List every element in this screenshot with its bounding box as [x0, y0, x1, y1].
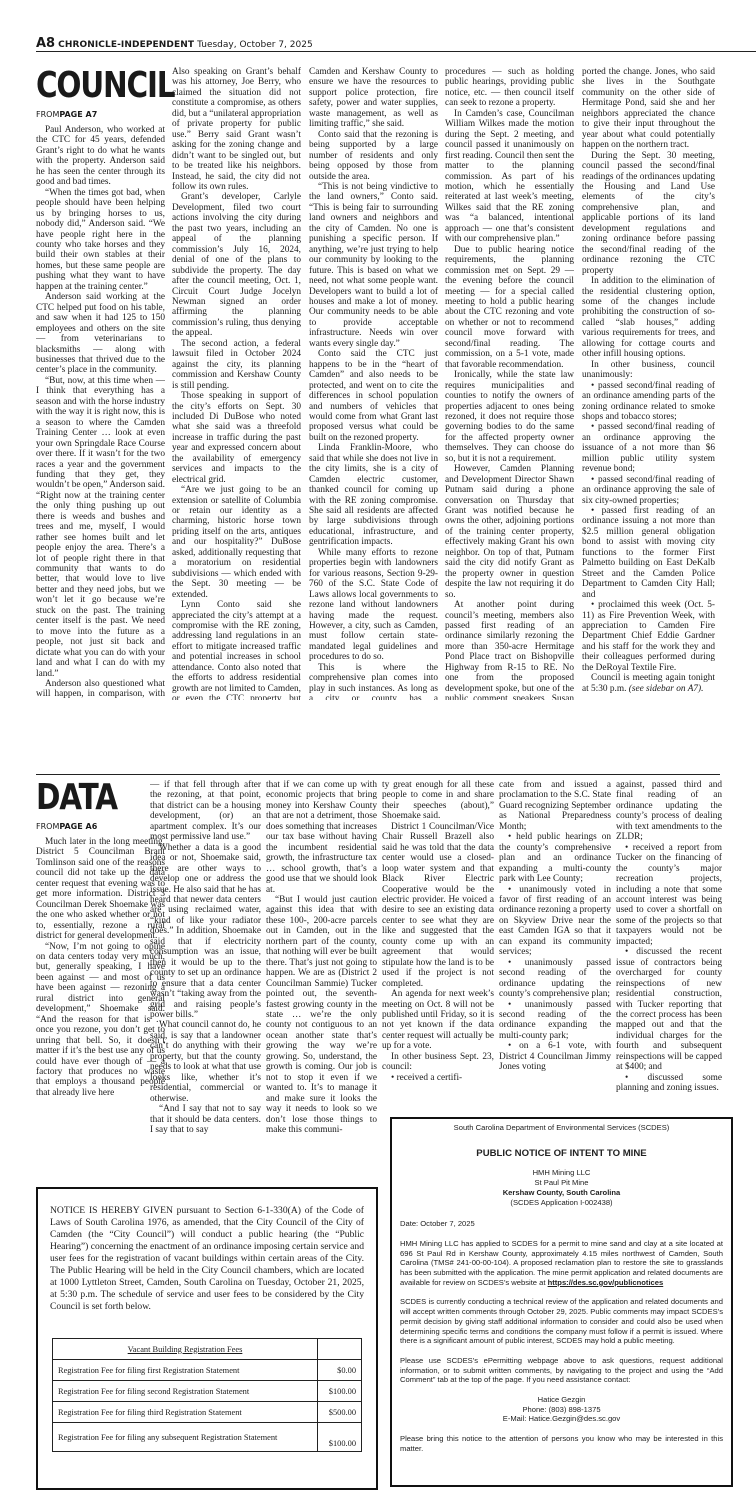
fee-table-row: Registration Fee for filing second Regis… [53, 1381, 362, 1402]
data-column-4: ty great enough for all these people to … [382, 780, 494, 1115]
article-paragraph: Those speaking in support of the city’s … [172, 391, 301, 485]
article-paragraph: Ironically, while the state law requires… [445, 370, 574, 464]
scdes-date: Date: October 7, 2025 [400, 1219, 723, 1229]
article-paragraph: Grant’s developer, Carlyle Development, … [172, 192, 301, 338]
issue-date: Tuesday, October 7, 2025 [197, 40, 313, 50]
article-paragraph: District 1 Councilman/Vice Chair Russell… [382, 822, 494, 989]
article-paragraph: • unanimously passed second reading of t… [499, 1000, 611, 1042]
council-jump-page: PAGE A7 [59, 110, 97, 119]
fee-table-header-row: Vacant Building Registration Fees [53, 1339, 362, 1360]
article-paragraph: Also speaking on Grant’s behalf was his … [172, 67, 301, 192]
council-column-5: ported the change. Jones, who said she l… [582, 67, 715, 700]
fee-table-row: Registration Fee for filing any subseque… [53, 1423, 362, 1452]
scdes-agency: South Carolina Department of Environment… [400, 1123, 723, 1133]
article-paragraph: • discussed some planning and zoning iss… [616, 1073, 722, 1094]
article-paragraph: “This is not being vindictive to the lan… [309, 182, 438, 349]
article-paragraph: Linda Franklin-Moore, who said that whil… [309, 443, 438, 548]
fee-table-row: Registration Fee for filing third Regist… [53, 1402, 362, 1423]
article-paragraph: In Camden’s case, Councilman William Wil… [445, 109, 574, 245]
council-column-3: Camden and Kershaw County to ensure we h… [309, 67, 438, 700]
scdes-contact-phone: Phone: (803) 898-1375 [400, 1405, 723, 1415]
article-paragraph: • unanimously passed second reading of t… [499, 958, 611, 1000]
scdes-company: HMH Mining LLC [400, 1168, 723, 1178]
scdes-paragraph-1: HMH Mining LLC has applied to SCDES for … [400, 1239, 723, 1288]
article-paragraph: Whether a data is a good idea or not, Sh… [150, 843, 261, 1021]
article-paragraph: This is where the comprehensive plan com… [309, 663, 438, 700]
council-column-1: Paul Anderson, who worked at the CTC for… [36, 125, 165, 700]
article-paragraph: During the Sept. 30 meeting, council pas… [582, 151, 715, 276]
article-paragraph: What council cannot do, he said, is say … [150, 1020, 261, 1104]
article-paragraph: • passed first reading of an ordinance i… [582, 506, 715, 600]
fee-table-header: Vacant Building Registration Fees [53, 1339, 318, 1360]
article-paragraph: procedures — such as holding public hear… [445, 67, 574, 109]
scdes-application: (SCDES Application I-002438) [400, 1198, 723, 1208]
article-paragraph: Anderson also questioned what will happe… [36, 679, 165, 700]
article-paragraph: In addition to the elimination of the re… [582, 276, 715, 360]
article-paragraph: “When the times got bad, when people sho… [36, 188, 165, 293]
article-paragraph: However, Camden Planning and Development… [445, 464, 574, 600]
article-paragraph: “And I say that not to say that it shoul… [150, 1104, 261, 1135]
scdes-public-notice: South Carolina Department of Environment… [390, 1117, 733, 1487]
section-divider [36, 774, 720, 775]
data-jump-page: PAGE A6 [59, 822, 97, 831]
vacant-building-fee-table: Vacant Building Registration Fees Regist… [52, 1338, 362, 1452]
scdes-public-notices-link[interactable]: https://des.sc.gov/publicnotices [548, 1278, 664, 1287]
article-paragraph: At another point during council’s meetin… [445, 600, 574, 700]
scdes-paragraph-3: Please use SCDES’s ePermitting webpage a… [400, 1356, 723, 1385]
sidebar-reference: (see sidebar on A7). [626, 684, 703, 694]
article-paragraph: that if we can come up with economic pro… [266, 780, 377, 895]
article-paragraph: ported the change. Jones, who said she l… [582, 67, 715, 151]
page-number: A8 [36, 36, 55, 51]
article-paragraph: Camden and Kershaw County to ensure we h… [309, 67, 438, 130]
article-paragraph: “But, now, at this time when — I think t… [36, 376, 165, 679]
article-paragraph: Due to public hearing notice requirement… [445, 245, 574, 370]
article-paragraph: Lynn Conto said she appreciated the city… [172, 600, 301, 700]
article-paragraph: Conto said that the rezoning is being su… [309, 130, 438, 182]
council-column-4: procedures — such as holding public hear… [445, 67, 574, 700]
article-paragraph: Conto said the CTC just happens to be in… [309, 349, 438, 443]
article-paragraph: • passed second/final reading of an ordi… [582, 422, 715, 474]
article-paragraph: Council is meeting again tonight at 5:30… [582, 673, 715, 694]
article-paragraph: against, passed third and final reading … [616, 780, 722, 843]
data-column-5: cate from and issued a proclamation to t… [499, 780, 611, 1115]
council-column-2: Also speaking on Grant’s behalf was his … [172, 67, 301, 700]
article-paragraph: “Now, I’m not going to opine on data cen… [36, 942, 165, 1099]
article-paragraph: cate from and issued a proclamation to t… [499, 780, 611, 832]
scdes-paragraph-2: SCDES is currently conducting a technica… [400, 1297, 723, 1346]
article-paragraph: “But I would just caution against this i… [266, 895, 377, 1135]
article-paragraph: The second action, a federal lawsuit fil… [172, 339, 301, 391]
city-notice-body: NOTICE IS HEREBY GIVEN pursuant to Secti… [50, 1205, 364, 1313]
article-paragraph: • proclaimed this week (Oct. 5-11) as Fi… [582, 600, 715, 673]
article-paragraph: “Are we just going to be an extension or… [172, 485, 301, 600]
newspaper-name: CHRONICLE-INDEPENDENT [58, 40, 194, 50]
article-paragraph: ty great enough for all these people to … [382, 780, 494, 822]
scdes-contact-email[interactable]: E-Mail: Hatice.Gezgin@des.sc.gov [400, 1414, 723, 1424]
article-paragraph: — if that fell through after the rezonin… [150, 780, 261, 843]
article-paragraph: Anderson said working at the CTC helped … [36, 292, 165, 376]
article-paragraph: Much later in the long meeting, District… [36, 837, 165, 942]
article-paragraph: • passed second/final reading of an ordi… [582, 381, 715, 423]
data-column-6: against, passed third and final reading … [616, 780, 722, 1115]
article-paragraph: • discussed the recent issue of contract… [616, 947, 722, 1072]
article-paragraph: • received a certifi- [382, 1073, 494, 1083]
data-column-2: — if that fell through after the rezonin… [150, 780, 261, 1177]
article-paragraph: • unanimously voted in favor of first re… [499, 885, 611, 958]
data-column-3: that if we can come up with economic pro… [266, 780, 377, 1177]
page-masthead: A8 CHRONICLE-INDEPENDENT Tuesday, Octobe… [36, 36, 756, 52]
article-paragraph: • passed second/final reading of an ordi… [582, 475, 715, 506]
article-paragraph: • held public hearings on the county’s c… [499, 832, 611, 884]
scdes-mine-name: St Paul Pit Mine [400, 1178, 723, 1188]
article-paragraph: • on a 6-1 vote, with District 4 Council… [499, 1041, 611, 1072]
article-paragraph: • received a report from Tucker on the f… [616, 843, 722, 948]
scdes-contact-name: Hatice Gezgin [400, 1395, 723, 1405]
article-paragraph: In other business, council unanimously: [582, 360, 715, 381]
fee-table-row: Registration Fee for filing first Regist… [53, 1360, 362, 1381]
scdes-notice-title: PUBLIC NOTICE OF INTENT TO MINE [400, 1149, 723, 1159]
scdes-paragraph-4: Please bring this notice to the attentio… [400, 1434, 723, 1453]
scdes-county: Kershaw County, South Carolina [400, 1188, 723, 1198]
article-paragraph: While many efforts to rezone properties … [309, 548, 438, 663]
article-paragraph: An agenda for next week’s meeting on Oct… [382, 989, 494, 1052]
article-paragraph: Paul Anderson, who worked at the CTC for… [36, 125, 165, 188]
article-paragraph: In other business Sept. 23, council: [382, 1052, 494, 1073]
data-column-1: Much later in the long meeting, District… [36, 837, 165, 1177]
